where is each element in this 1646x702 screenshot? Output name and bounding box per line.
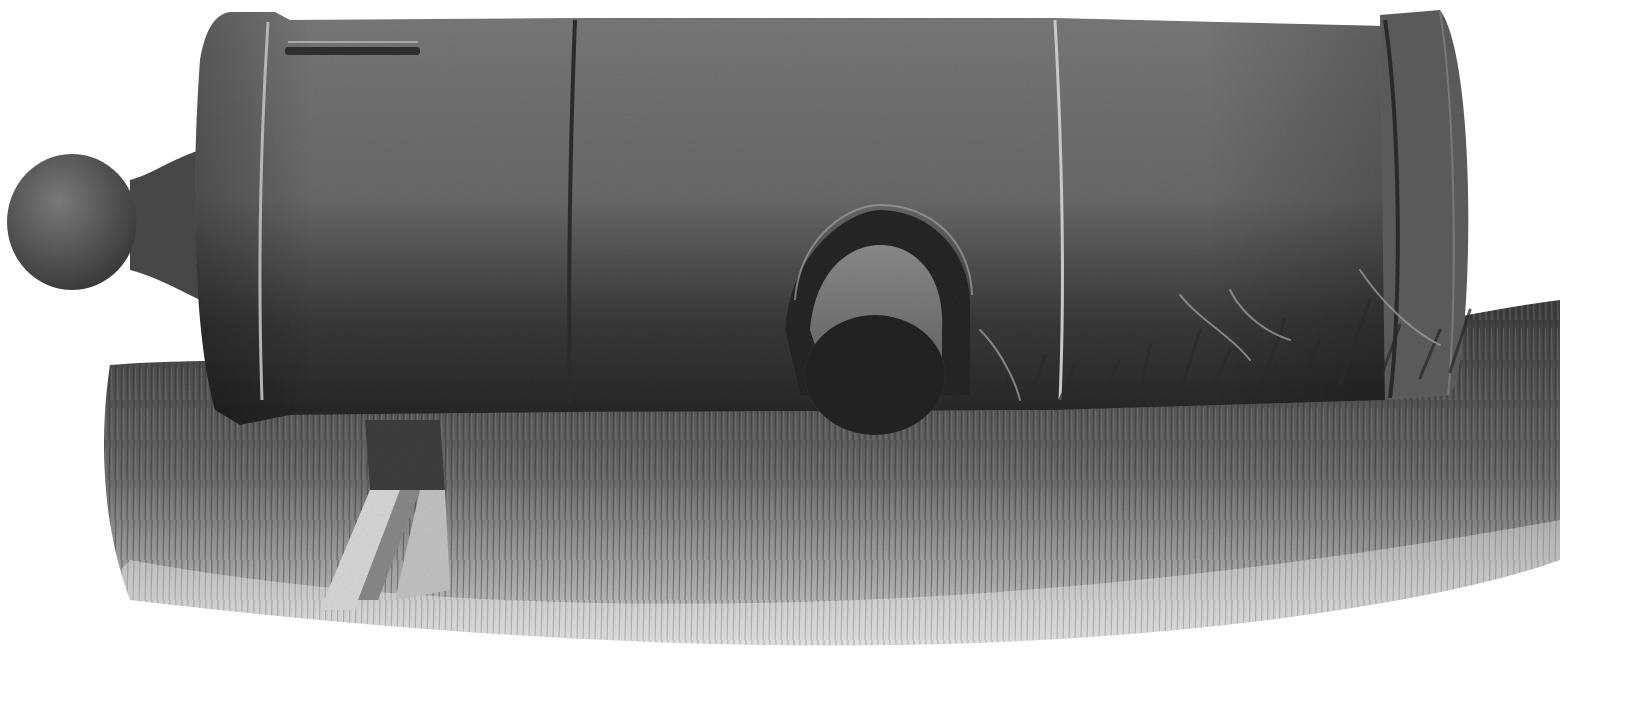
cannon-photograph bbox=[0, 0, 1646, 702]
cannon-barrel bbox=[195, 12, 1385, 425]
engraved-mark bbox=[285, 47, 420, 55]
cascabel-knob bbox=[7, 150, 200, 300]
